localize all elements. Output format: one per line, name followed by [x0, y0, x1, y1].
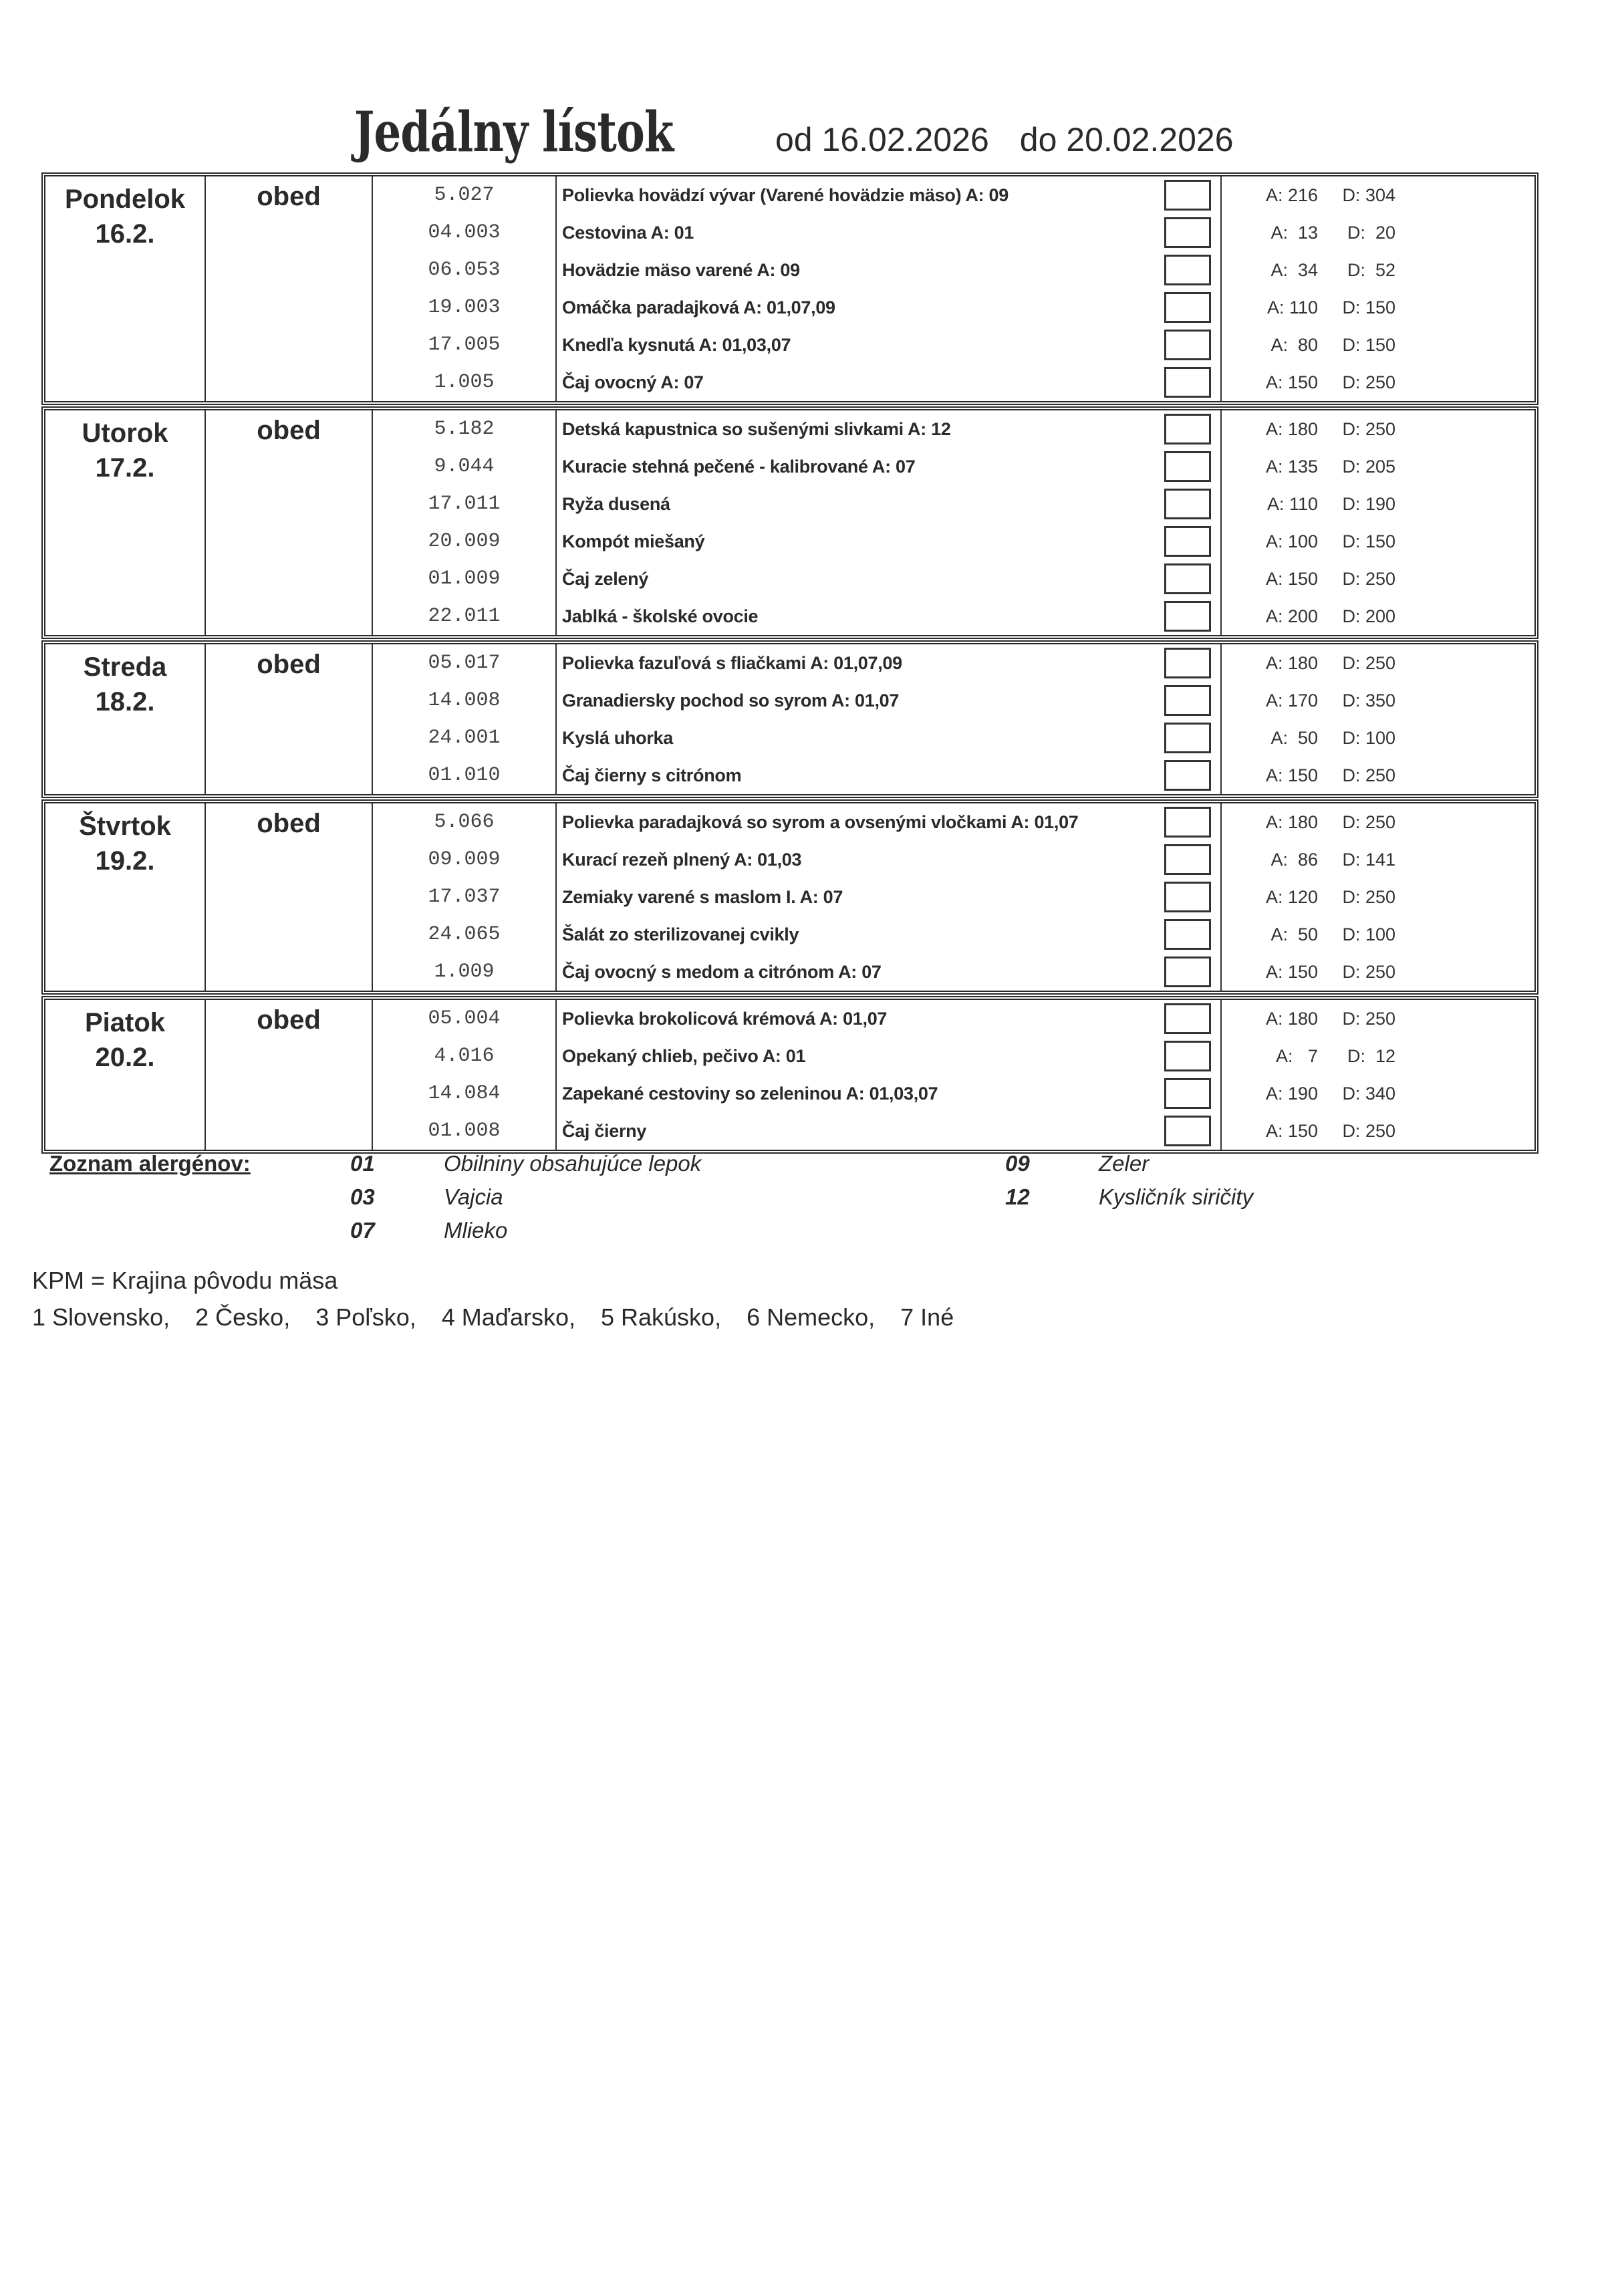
- order-checkbox-cell: [1148, 757, 1222, 794]
- portion-a: A: 135: [1243, 457, 1318, 477]
- allergen-code: 01: [350, 1151, 444, 1176]
- portion-a: A: 150: [1243, 569, 1318, 590]
- order-checkbox-cell: [1148, 644, 1222, 682]
- document-title: Jedálny lístok: [354, 100, 674, 164]
- portion-a: A: 13: [1243, 223, 1318, 243]
- meal-type: obed: [206, 644, 373, 794]
- date-to: do 20.02.2026: [1020, 121, 1234, 158]
- portion-sizes: A: 150D: 250: [1222, 757, 1534, 794]
- order-checkbox-cell: [1148, 326, 1222, 364]
- order-checkbox-cell: [1148, 841, 1222, 878]
- portion-a: A: 50: [1243, 924, 1318, 945]
- order-checkbox-cell: [1148, 214, 1222, 251]
- portion-d: D: 100: [1318, 728, 1395, 749]
- portion-d: D: 100: [1318, 924, 1395, 945]
- dish-row: 19.003Omáčka paradajková A: 01,07,09A: 1…: [373, 289, 1534, 326]
- portion-d: D: 12: [1318, 1046, 1395, 1067]
- allergen-code: 12: [1005, 1184, 1099, 1210]
- kpm-legend: KPM = Krajina pôvodu mäsa: [32, 1267, 338, 1295]
- portion-a: A: 180: [1243, 812, 1318, 833]
- order-checkbox[interactable]: [1164, 1041, 1211, 1071]
- order-checkbox-cell: [1148, 916, 1222, 953]
- allergen-item: 07Mlieko: [350, 1218, 507, 1243]
- portion-d: D: 200: [1318, 606, 1395, 627]
- portion-d: D: 250: [1318, 1009, 1395, 1029]
- day-cell: Štvrtok19.2.: [45, 803, 206, 991]
- portion-d: D: 250: [1318, 887, 1395, 908]
- dish-code: 17.011: [373, 485, 557, 523]
- order-checkbox[interactable]: [1164, 807, 1211, 838]
- dish-name: Hovädzie mäso varené A: 09: [557, 251, 1148, 289]
- portion-sizes: A: 13D: 20: [1222, 214, 1534, 251]
- order-checkbox-cell: [1148, 410, 1222, 448]
- kpm-country: 7 Iné: [900, 1303, 954, 1331]
- order-checkbox[interactable]: [1164, 844, 1211, 875]
- portion-d: D: 250: [1318, 812, 1395, 833]
- dish-row: 24.065Šalát zo sterilizovanej cviklyA: 5…: [373, 916, 1534, 953]
- portion-a: A: 190: [1243, 1083, 1318, 1104]
- day-date: 17.2.: [45, 451, 205, 485]
- meal-type: obed: [206, 803, 373, 991]
- dish-list: 5.066Polievka paradajková so syrom a ovs…: [373, 803, 1534, 991]
- kpm-country-list: 1 Slovensko,2 Česko,3 Poľsko,4 Maďarsko,…: [32, 1303, 979, 1331]
- order-checkbox-cell: [1148, 1000, 1222, 1037]
- order-checkbox-cell: [1148, 1037, 1222, 1075]
- dish-row: 05.004Polievka brokolicová krémová A: 01…: [373, 1000, 1534, 1037]
- kpm-country: 1 Slovensko,: [32, 1303, 170, 1331]
- dish-row: 05.017Polievka fazuľová s fliačkami A: 0…: [373, 644, 1534, 682]
- dish-list: 5.182Detská kapustnica so sušenými slivk…: [373, 410, 1534, 635]
- dish-row: 5.182Detská kapustnica so sušenými slivk…: [373, 410, 1534, 448]
- portion-d: D: 250: [1318, 1121, 1395, 1142]
- date-from: od 16.02.2026: [775, 121, 989, 158]
- dish-name: Čaj čierny: [557, 1112, 1148, 1150]
- portion-d: D: 205: [1318, 457, 1395, 477]
- portion-d: D: 150: [1318, 531, 1395, 552]
- order-checkbox[interactable]: [1164, 414, 1211, 444]
- portion-sizes: A: 180D: 250: [1222, 803, 1534, 841]
- dish-name: Jablká - školské ovocie: [557, 598, 1148, 635]
- order-checkbox[interactable]: [1164, 685, 1211, 716]
- dish-name: Čaj čierny s citrónom: [557, 757, 1148, 794]
- portion-d: D: 250: [1318, 765, 1395, 786]
- order-checkbox-cell: [1148, 176, 1222, 214]
- dish-list: 05.017Polievka fazuľová s fliačkami A: 0…: [373, 644, 1534, 794]
- dish-code: 05.004: [373, 1000, 557, 1037]
- allergen-code: 09: [1005, 1151, 1099, 1176]
- dish-list: 05.004Polievka brokolicová krémová A: 01…: [373, 1000, 1534, 1150]
- day-date: 20.2.: [45, 1040, 205, 1075]
- dish-name: Čaj ovocný s medom a citrónom A: 07: [557, 953, 1148, 991]
- portion-a: A: 150: [1243, 765, 1318, 786]
- order-checkbox-cell: [1148, 485, 1222, 523]
- portion-a: A: 80: [1243, 335, 1318, 356]
- order-checkbox[interactable]: [1164, 367, 1211, 398]
- portion-sizes: A: 135D: 205: [1222, 448, 1534, 485]
- dish-row: 22.011Jablká - školské ovocieA: 200D: 20…: [373, 598, 1534, 635]
- dish-row: 09.009Kurací rezeň plnený A: 01,03A: 86D…: [373, 841, 1534, 878]
- day-block: Piatok20.2.obed05.004Polievka brokolicov…: [41, 996, 1538, 1154]
- dish-code: 01.009: [373, 560, 557, 598]
- dish-name: Čaj zelený: [557, 560, 1148, 598]
- dish-name: Knedľa kysnutá A: 01,03,07: [557, 326, 1148, 364]
- dish-row: 01.008Čaj čiernyA: 150D: 250: [373, 1112, 1534, 1150]
- order-checkbox-cell: [1148, 682, 1222, 719]
- order-checkbox[interactable]: [1164, 330, 1211, 360]
- dish-code: 9.044: [373, 448, 557, 485]
- allergen-code: 03: [350, 1184, 444, 1210]
- dish-code: 1.005: [373, 364, 557, 401]
- dish-code: 24.065: [373, 916, 557, 953]
- portion-a: A: 200: [1243, 606, 1318, 627]
- portion-a: A: 110: [1243, 494, 1318, 515]
- allergen-code: 07: [350, 1218, 444, 1243]
- dish-name: Zapekané cestoviny so zeleninou A: 01,03…: [557, 1075, 1148, 1112]
- dish-name: Granadiersky pochod so syrom A: 01,07: [557, 682, 1148, 719]
- kpm-country: 6 Nemecko,: [747, 1303, 875, 1331]
- order-checkbox[interactable]: [1164, 760, 1211, 791]
- dish-row: 1.005Čaj ovocný A: 07A: 150D: 250: [373, 364, 1534, 401]
- meal-type: obed: [206, 1000, 373, 1150]
- portion-sizes: A: 200D: 200: [1222, 598, 1534, 635]
- portion-d: D: 150: [1318, 335, 1395, 356]
- order-checkbox[interactable]: [1164, 292, 1211, 323]
- portion-sizes: A: 190D: 340: [1222, 1075, 1534, 1112]
- order-checkbox-cell: [1148, 803, 1222, 841]
- portion-a: A: 34: [1243, 260, 1318, 281]
- order-checkbox-cell: [1148, 1112, 1222, 1150]
- dish-code: 22.011: [373, 598, 557, 635]
- order-checkbox[interactable]: [1164, 882, 1211, 912]
- allergen-item: 01Obilniny obsahujúce lepok: [350, 1151, 701, 1176]
- dish-row: 9.044Kuracie stehná pečené - kalibrované…: [373, 448, 1534, 485]
- day-name: Pondelok: [45, 182, 205, 217]
- portion-sizes: A: 80D: 150: [1222, 326, 1534, 364]
- portion-d: D: 350: [1318, 690, 1395, 711]
- dish-name: Kompót miešaný: [557, 523, 1148, 560]
- dish-row: 04.003Cestovina A: 01A: 13D: 20: [373, 214, 1534, 251]
- portion-sizes: A: 150D: 250: [1222, 364, 1534, 401]
- portion-a: A: 180: [1243, 1009, 1318, 1029]
- dish-name: Opekaný chlieb, pečivo A: 01: [557, 1037, 1148, 1075]
- portion-sizes: A: 150D: 250: [1222, 953, 1534, 991]
- portion-a: A: 180: [1243, 653, 1318, 674]
- dish-row: 01.010Čaj čierny s citrónomA: 150D: 250: [373, 757, 1534, 794]
- dish-code: 09.009: [373, 841, 557, 878]
- dish-name: Polievka brokolicová krémová A: 01,07: [557, 1000, 1148, 1037]
- order-checkbox-cell: [1148, 448, 1222, 485]
- order-checkbox-cell: [1148, 878, 1222, 916]
- allergen-name: Zeler: [1099, 1151, 1149, 1176]
- portion-d: D: 250: [1318, 653, 1395, 674]
- portion-sizes: A: 50D: 100: [1222, 719, 1534, 757]
- portion-d: D: 141: [1318, 850, 1395, 870]
- order-checkbox[interactable]: [1164, 217, 1211, 248]
- allergen-item: 09Zeler: [1005, 1151, 1149, 1176]
- order-checkbox[interactable]: [1164, 648, 1211, 678]
- portion-d: D: 20: [1318, 223, 1395, 243]
- day-date: 18.2.: [45, 684, 205, 719]
- menu-table: Pondelok16.2.obed5.027Polievka hovädzí v…: [41, 172, 1538, 1155]
- dish-row: 14.008Granadiersky pochod so syrom A: 01…: [373, 682, 1534, 719]
- meal-type: obed: [206, 176, 373, 401]
- day-name: Štvrtok: [45, 809, 205, 844]
- portion-a: A: 110: [1243, 297, 1318, 318]
- portion-d: D: 52: [1318, 260, 1395, 281]
- dish-row: 5.027Polievka hovädzí vývar (Varené hovä…: [373, 176, 1534, 214]
- order-checkbox-cell: [1148, 560, 1222, 598]
- dish-code: 20.009: [373, 523, 557, 560]
- portion-a: A: 150: [1243, 1121, 1318, 1142]
- portion-a: A: 150: [1243, 372, 1318, 393]
- kpm-country: 2 Česko,: [195, 1303, 290, 1331]
- day-block: Pondelok16.2.obed5.027Polievka hovädzí v…: [41, 172, 1538, 405]
- dish-code: 17.037: [373, 878, 557, 916]
- dish-row: 24.001Kyslá uhorkaA: 50D: 100: [373, 719, 1534, 757]
- order-checkbox[interactable]: [1164, 601, 1211, 632]
- order-checkbox-cell: [1148, 251, 1222, 289]
- order-checkbox[interactable]: [1164, 255, 1211, 285]
- portion-sizes: A: 150D: 250: [1222, 1112, 1534, 1150]
- dish-code: 14.084: [373, 1075, 557, 1112]
- portion-sizes: A: 120D: 250: [1222, 878, 1534, 916]
- dish-name: Polievka hovädzí vývar (Varené hovädzie …: [557, 176, 1148, 214]
- day-cell: Utorok17.2.: [45, 410, 206, 635]
- portion-sizes: A: 170D: 350: [1222, 682, 1534, 719]
- dish-name: Kuracie stehná pečené - kalibrované A: 0…: [557, 448, 1148, 485]
- dish-name: Polievka fazuľová s fliačkami A: 01,07,0…: [557, 644, 1148, 682]
- portion-sizes: A: 7D: 12: [1222, 1037, 1534, 1075]
- dish-name: Čaj ovocný A: 07: [557, 364, 1148, 401]
- allergen-item: 03Vajcia: [350, 1184, 503, 1210]
- allergen-name: Obilniny obsahujúce lepok: [444, 1151, 701, 1176]
- dish-row: 17.005Knedľa kysnutá A: 01,03,07A: 80D: …: [373, 326, 1534, 364]
- portion-sizes: A: 216D: 304: [1222, 176, 1534, 214]
- dish-row: 06.053Hovädzie mäso varené A: 09A: 34D: …: [373, 251, 1534, 289]
- portion-a: A: 216: [1243, 185, 1318, 206]
- portion-d: D: 250: [1318, 372, 1395, 393]
- order-checkbox-cell: [1148, 364, 1222, 401]
- portion-sizes: A: 180D: 250: [1222, 410, 1534, 448]
- allergen-name: Kysličník siričity: [1099, 1184, 1253, 1209]
- day-block: Utorok17.2.obed5.182Detská kapustnica so…: [41, 406, 1538, 639]
- dish-code: 01.008: [373, 1112, 557, 1150]
- portion-a: A: 7: [1243, 1046, 1318, 1067]
- order-checkbox[interactable]: [1164, 919, 1211, 950]
- dish-name: Zemiaky varené s maslom I. A: 07: [557, 878, 1148, 916]
- portion-sizes: A: 86D: 141: [1222, 841, 1534, 878]
- dish-row: 17.037Zemiaky varené s maslom I. A: 07A:…: [373, 878, 1534, 916]
- portion-a: A: 180: [1243, 419, 1318, 440]
- day-cell: Piatok20.2.: [45, 1000, 206, 1150]
- document-header: Jedálny lístok od 16.02.2026do 20.02.202…: [354, 100, 763, 164]
- dish-name: Omáčka paradajková A: 01,07,09: [557, 289, 1148, 326]
- portion-a: A: 150: [1243, 962, 1318, 983]
- kpm-country: 3 Poľsko,: [315, 1303, 416, 1331]
- dish-name: Ryža dusená: [557, 485, 1148, 523]
- dish-name: Kyslá uhorka: [557, 719, 1148, 757]
- order-checkbox[interactable]: [1164, 1078, 1211, 1109]
- dish-code: 04.003: [373, 214, 557, 251]
- kpm-country: 5 Rakúsko,: [601, 1303, 721, 1331]
- order-checkbox[interactable]: [1164, 489, 1211, 519]
- portion-d: D: 250: [1318, 419, 1395, 440]
- day-cell: Pondelok16.2.: [45, 176, 206, 401]
- order-checkbox[interactable]: [1164, 563, 1211, 594]
- order-checkbox-cell: [1148, 289, 1222, 326]
- portion-sizes: A: 180D: 250: [1222, 644, 1534, 682]
- portion-d: D: 190: [1318, 494, 1395, 515]
- day-block: Štvrtok19.2.obed5.066Polievka paradajkov…: [41, 799, 1538, 995]
- portion-d: D: 250: [1318, 569, 1395, 590]
- day-date: 19.2.: [45, 844, 205, 878]
- order-checkbox[interactable]: [1164, 1116, 1211, 1146]
- dish-name: Kurací rezeň plnený A: 01,03: [557, 841, 1148, 878]
- portion-sizes: A: 150D: 250: [1222, 560, 1534, 598]
- portion-a: A: 100: [1243, 531, 1318, 552]
- allergen-name: Mlieko: [444, 1218, 507, 1243]
- portion-sizes: A: 180D: 250: [1222, 1000, 1534, 1037]
- order-checkbox[interactable]: [1164, 451, 1211, 482]
- dish-code: 5.027: [373, 176, 557, 214]
- portion-sizes: A: 110D: 190: [1222, 485, 1534, 523]
- portion-d: D: 304: [1318, 185, 1395, 206]
- dish-row: 14.084Zapekané cestoviny so zeleninou A:…: [373, 1075, 1534, 1112]
- dish-code: 17.005: [373, 326, 557, 364]
- day-block: Streda18.2.obed05.017Polievka fazuľová s…: [41, 640, 1538, 798]
- order-checkbox[interactable]: [1164, 526, 1211, 557]
- portion-a: A: 50: [1243, 728, 1318, 749]
- dish-code: 19.003: [373, 289, 557, 326]
- allergen-list-label: Zoznam alergénov:: [49, 1151, 251, 1176]
- order-checkbox-cell: [1148, 719, 1222, 757]
- portion-d: D: 250: [1318, 962, 1395, 983]
- dish-code: 1.009: [373, 953, 557, 991]
- order-checkbox-cell: [1148, 523, 1222, 560]
- dish-row: 17.011Ryža dusenáA: 110D: 190: [373, 485, 1534, 523]
- dish-name: Cestovina A: 01: [557, 214, 1148, 251]
- portion-sizes: A: 34D: 52: [1222, 251, 1534, 289]
- order-checkbox[interactable]: [1164, 1003, 1211, 1034]
- dish-list: 5.027Polievka hovädzí vývar (Varené hovä…: [373, 176, 1534, 401]
- dish-name: Detská kapustnica so sušenými slivkami A…: [557, 410, 1148, 448]
- order-checkbox-cell: [1148, 1075, 1222, 1112]
- order-checkbox-cell: [1148, 598, 1222, 635]
- dish-code: 06.053: [373, 251, 557, 289]
- kpm-country: 4 Maďarsko,: [442, 1303, 575, 1331]
- date-range: od 16.02.2026do 20.02.2026: [775, 120, 1264, 159]
- portion-a: A: 86: [1243, 850, 1318, 870]
- meal-type: obed: [206, 410, 373, 635]
- portion-sizes: A: 50D: 100: [1222, 916, 1534, 953]
- dish-name: Šalát zo sterilizovanej cvikly: [557, 916, 1148, 953]
- dish-code: 14.008: [373, 682, 557, 719]
- dish-code: 05.017: [373, 644, 557, 682]
- dish-row: 20.009Kompót miešanýA: 100D: 150: [373, 523, 1534, 560]
- portion-a: A: 120: [1243, 887, 1318, 908]
- allergen-name: Vajcia: [444, 1184, 503, 1209]
- dish-code: 4.016: [373, 1037, 557, 1075]
- dish-code: 01.010: [373, 757, 557, 794]
- portion-a: A: 170: [1243, 690, 1318, 711]
- dish-name: Polievka paradajková so syrom a ovsenými…: [557, 803, 1148, 841]
- dish-code: 5.066: [373, 803, 557, 841]
- dish-row: 01.009Čaj zelenýA: 150D: 250: [373, 560, 1534, 598]
- dish-code: 5.182: [373, 410, 557, 448]
- portion-sizes: A: 100D: 150: [1222, 523, 1534, 560]
- order-checkbox[interactable]: [1164, 723, 1211, 753]
- dish-row: 4.016Opekaný chlieb, pečivo A: 01A: 7D: …: [373, 1037, 1534, 1075]
- portion-d: D: 150: [1318, 297, 1395, 318]
- order-checkbox-cell: [1148, 953, 1222, 991]
- dish-code: 24.001: [373, 719, 557, 757]
- dish-row: 1.009Čaj ovocný s medom a citrónom A: 07…: [373, 953, 1534, 991]
- day-name: Piatok: [45, 1005, 205, 1040]
- day-name: Streda: [45, 650, 205, 684]
- portion-sizes: A: 110D: 150: [1222, 289, 1534, 326]
- order-checkbox[interactable]: [1164, 956, 1211, 987]
- day-date: 16.2.: [45, 217, 205, 251]
- day-cell: Streda18.2.: [45, 644, 206, 794]
- portion-d: D: 340: [1318, 1083, 1395, 1104]
- day-name: Utorok: [45, 416, 205, 451]
- allergen-item: 12Kysličník siričity: [1005, 1184, 1253, 1210]
- dish-row: 5.066Polievka paradajková so syrom a ovs…: [373, 803, 1534, 841]
- order-checkbox[interactable]: [1164, 180, 1211, 211]
